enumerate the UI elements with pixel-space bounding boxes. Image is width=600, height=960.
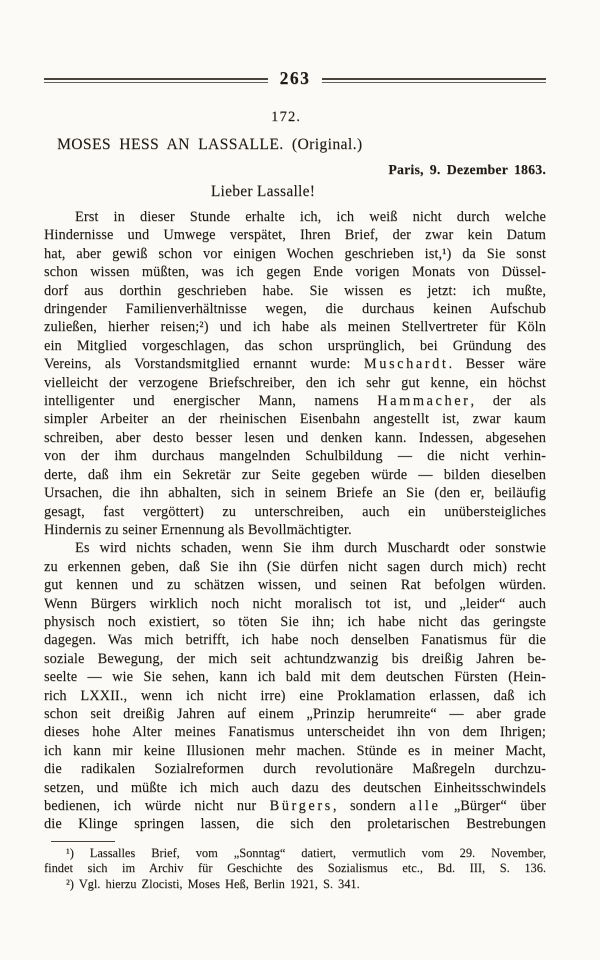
text-line: hat, aber gewiß schon vor einigen Wochen… — [44, 245, 546, 263]
text-line: soziale Bewegung, der mich seit achtundz… — [44, 650, 546, 668]
text-line: Ursachen, die ihn abhalten, sich in sein… — [44, 484, 546, 502]
text-line: schon wissen müßten, was ich gegen Ende … — [44, 263, 546, 281]
text-line: simpler Arbeiter an der rheinischen Eise… — [44, 410, 546, 428]
paragraph: Erst in dieser Stunde erhalte ich, ich w… — [44, 208, 546, 539]
text-line: physisch noch existiert, so töten Sie ih… — [44, 613, 546, 631]
letter-body: Erst in dieser Stunde erhalte ich, ich w… — [44, 208, 546, 834]
header-rule-left — [44, 78, 268, 83]
text-line: schon seit dreißig Jahren auf einem „Pri… — [44, 705, 546, 723]
running-head: 263 — [44, 69, 546, 91]
page-number: 263 — [268, 70, 323, 88]
paragraph: Es wird nichts schaden, wenn Sie ihm dur… — [44, 539, 546, 834]
text-line: dieses hohe Alter meines Fanatismus unte… — [44, 723, 546, 741]
text-line: gut kennen und zu schätzen wissen, und s… — [44, 576, 546, 594]
paragraph: ¹) Lassalles Brief, vom „Sonntag“ datier… — [44, 846, 546, 877]
text-line: ²) Vgl. hierzu Zlocisti, Moses Heß, Berl… — [44, 877, 546, 893]
letter-title: MOSES HESS AN LASSALLE. (Original.) — [44, 135, 546, 155]
text-line: die radikalen Sozialreformen durch revol… — [44, 760, 546, 778]
letter-number: 172. — [44, 108, 546, 126]
emphasized-name: Muschardt — [364, 356, 449, 372]
text-line: Es wird nichts schaden, wenn Sie ihm dur… — [44, 539, 546, 557]
text-line: setzen, und müßte ich mich auch dazu des… — [44, 779, 546, 797]
header-rule-right — [322, 78, 546, 83]
text-line: ein Mitglied vorgeschlagen, das schon ur… — [44, 337, 546, 355]
text-line: Erst in dieser Stunde erhalte ich, ich w… — [44, 208, 546, 226]
salutation: Lieber Lassalle! — [44, 182, 546, 201]
text-line: zu erkennen geben, daß Sie ihn (Sie dürf… — [44, 558, 546, 576]
emphasized-name: Bürgers — [270, 798, 333, 814]
text-line: die Klinge springen lassen, die sich den… — [44, 815, 546, 833]
text-line: derte, daß ihm ein Sekretär zur Seite ge… — [44, 466, 546, 484]
page-content: 263 172. MOSES HESS AN LASSALLE. (Origin… — [0, 69, 600, 893]
text-line: intelligenter und energischer Mann, name… — [44, 392, 546, 410]
text-line: schreiben, aber desto besser lesen und d… — [44, 429, 546, 447]
text-line: dringender Familienverhältnisse wegen, d… — [44, 300, 546, 318]
emphasized-name: alle — [409, 798, 440, 814]
text-line: ich kann mir keine Illusionen mehr mache… — [44, 742, 546, 760]
text-line: vielleicht der verzogene Briefschreiber,… — [44, 374, 546, 392]
text-line: Hindernisse und Umwege verspätet, Ihren … — [44, 226, 546, 244]
text-line: dagegen. Was mich betrifft, ich habe noc… — [44, 631, 546, 649]
text-line: gesagt, fast vergöttert) zu unterschreib… — [44, 503, 546, 521]
text-line: Hindernis zu seiner Ernennung als Bevoll… — [44, 521, 546, 539]
text-line: Wenn Bürgers wirklich noch nicht moralis… — [44, 595, 546, 613]
text-line: bedienen, ich würde nicht nur Bürgers, s… — [44, 797, 546, 815]
footnote-separator — [51, 841, 115, 842]
scanned-page: 263 172. MOSES HESS AN LASSALLE. (Origin… — [0, 0, 600, 960]
text-line: rich LXXII., wenn ich nicht irre) eine P… — [44, 687, 546, 705]
emphasized-name: Hammacher — [377, 393, 470, 409]
dateline: Paris, 9. Dezember 1863. — [44, 161, 546, 178]
text-line: dorf aus dorthin geschrieben habe. Sie w… — [44, 282, 546, 300]
text-line: zuließen, hierher reisen;²) und ich habe… — [44, 318, 546, 336]
text-line: ¹) Lassalles Brief, vom „Sonntag“ datier… — [44, 846, 546, 862]
text-line: Vereins, als Vorstandsmitglied ernannt w… — [44, 355, 546, 373]
text-line: von der ihm durchaus mangelnden Schulbil… — [44, 447, 546, 465]
paragraph: ²) Vgl. hierzu Zlocisti, Moses Heß, Berl… — [44, 877, 546, 893]
text-line: findet sich im Archiv für Geschichte des… — [44, 861, 546, 877]
text-line: seelte — wie Sie sehen, kann ich bald mi… — [44, 668, 546, 686]
footnotes: ¹) Lassalles Brief, vom „Sonntag“ datier… — [44, 846, 546, 893]
